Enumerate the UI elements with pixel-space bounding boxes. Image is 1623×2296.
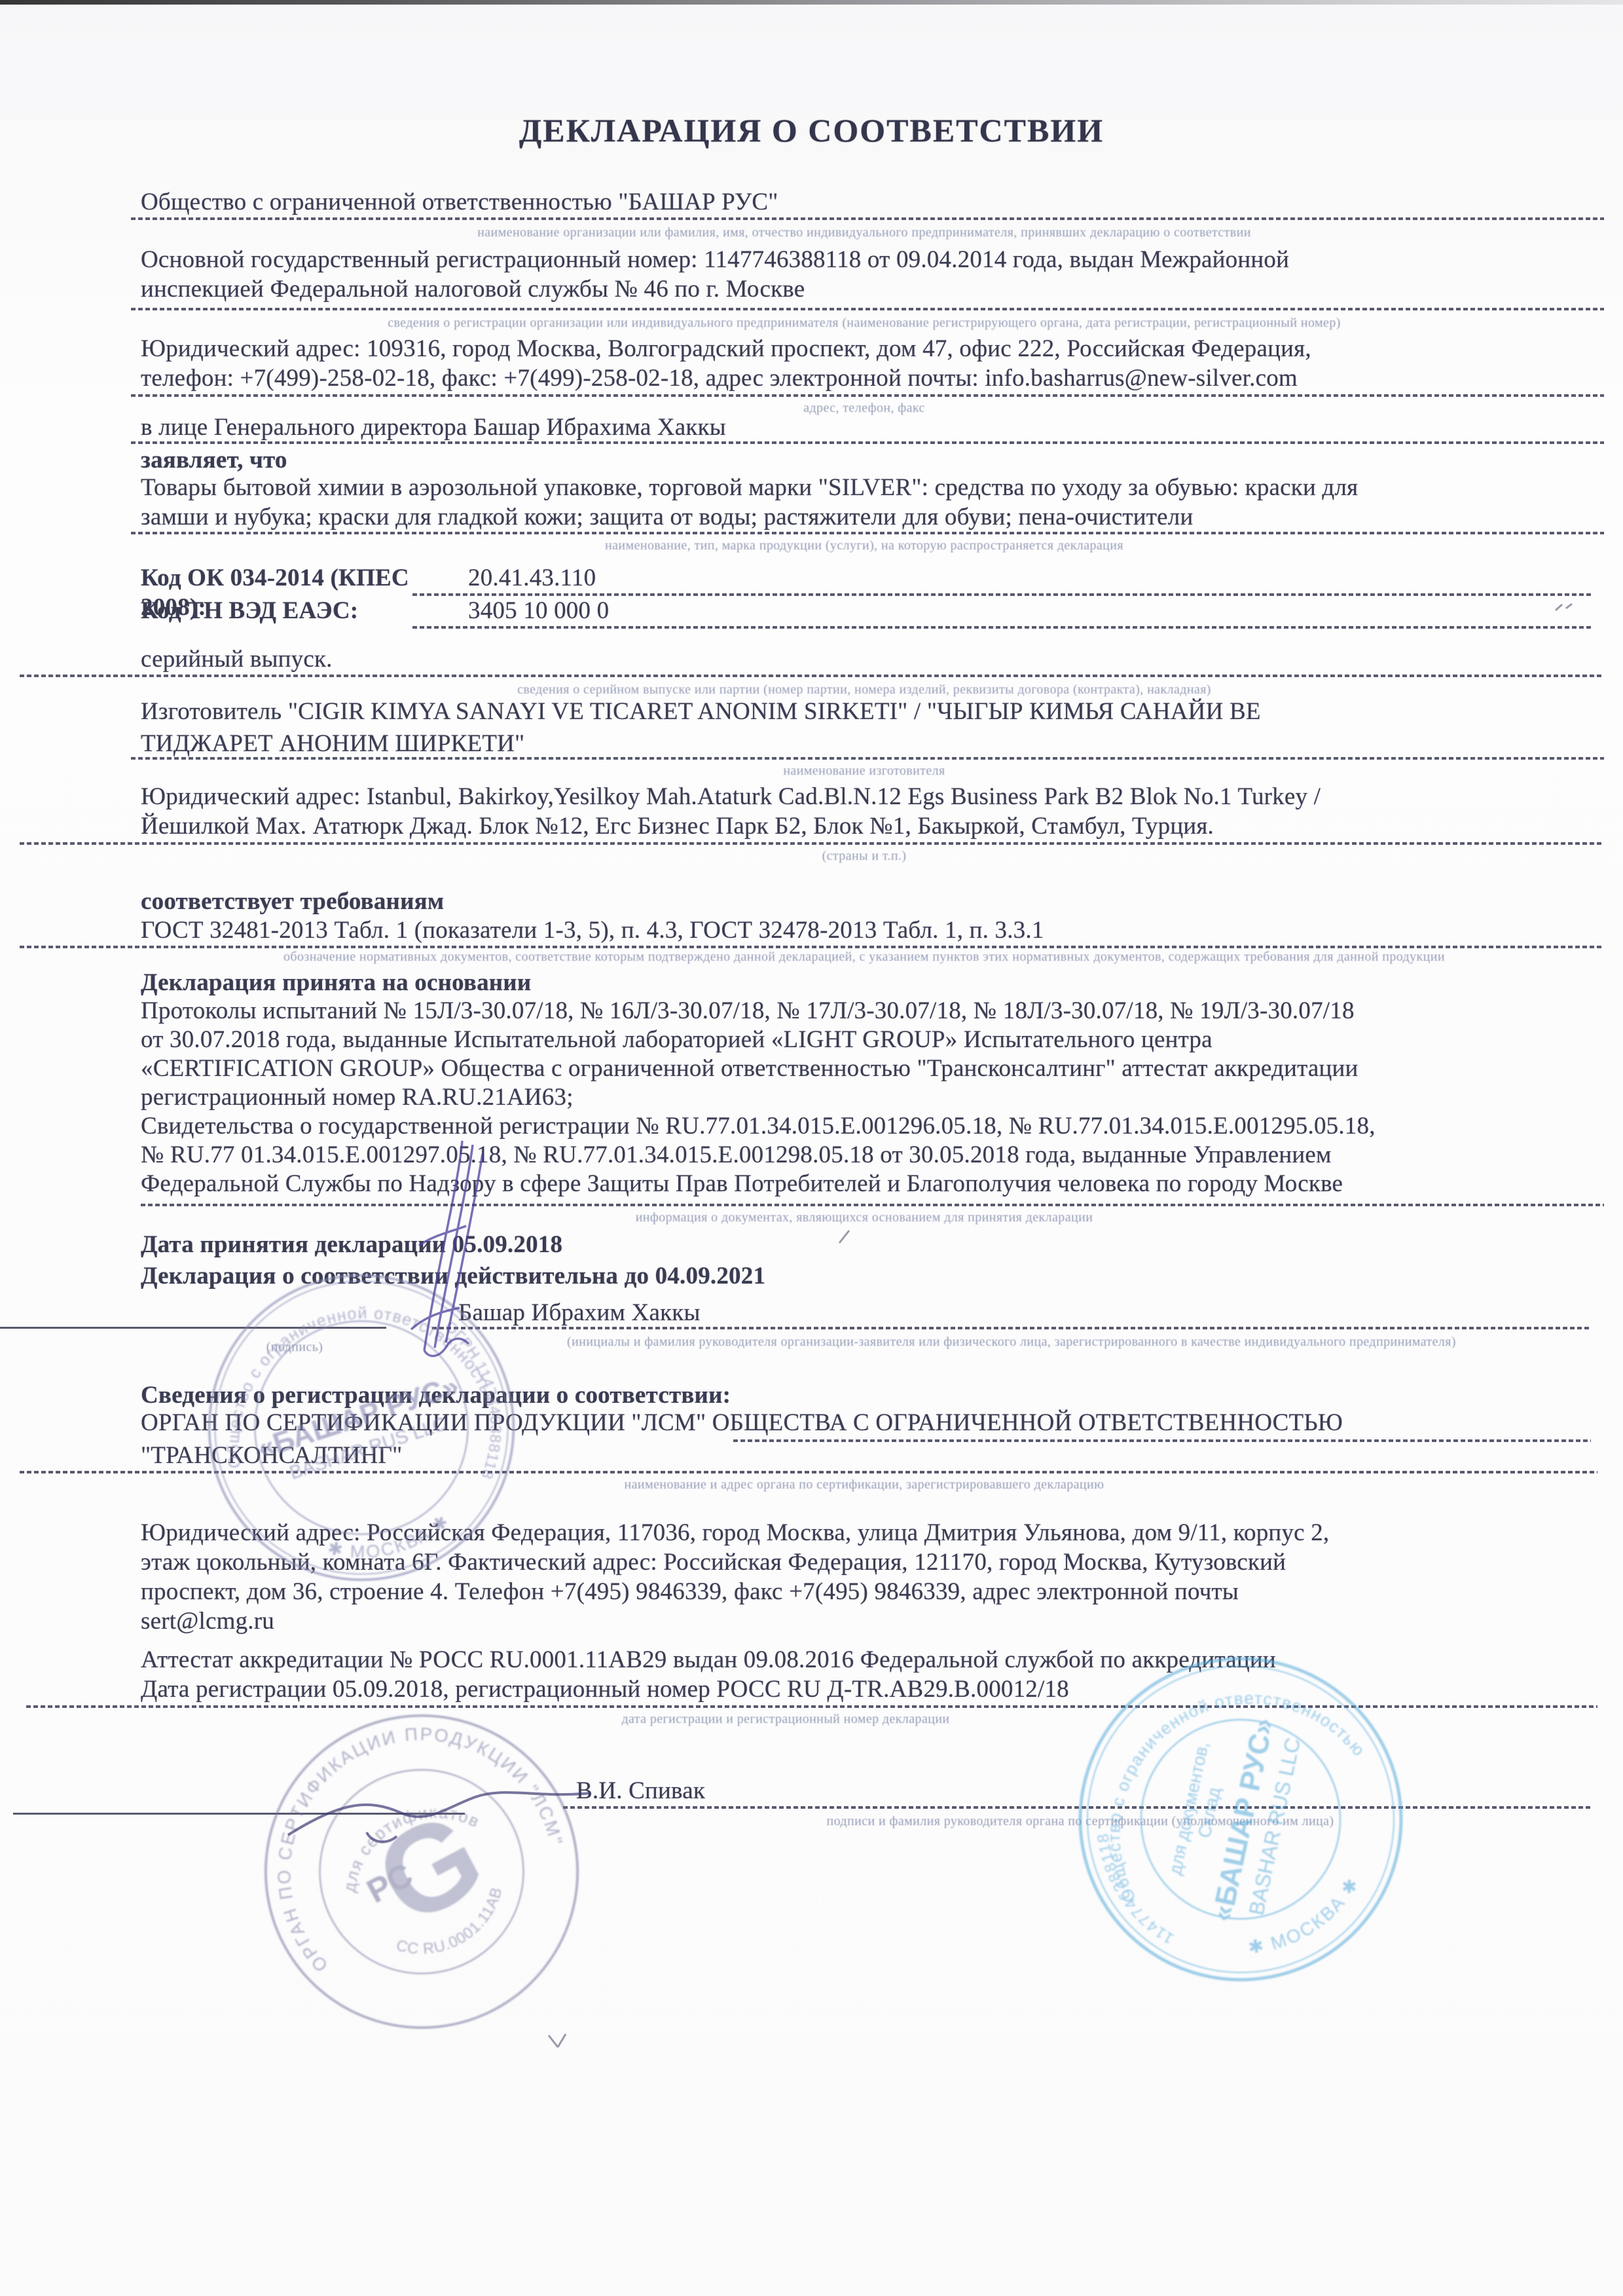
- basis-documents: Протоколы испытаний № 15Л/3-30.07/18, № …: [141, 997, 1588, 1198]
- basis-line1: Протоколы испытаний № 15Л/3-30.07/18, № …: [141, 997, 1588, 1026]
- product-description: Товары бытовой химии в аэрозольной упако…: [141, 473, 1588, 532]
- divider: [131, 532, 1604, 534]
- manufacturer-address-caption: (страны и т.п.): [141, 849, 1588, 863]
- divider: [20, 946, 1604, 948]
- manufacturer-address-line2: Йешилкой Мах. Ататюрк Джад. Блок №12, Ег…: [141, 811, 1588, 841]
- basis-line3: «CERTIFICATION GROUP» Общества с огранич…: [141, 1054, 1588, 1083]
- serial-caption: сведения о серийном выпуске или партии (…: [141, 682, 1588, 697]
- acceptance-date-line: Дата принятия декларации 05.09.2018: [141, 1230, 1588, 1259]
- product-line2: замши и нубука; краски для гладкой кожи;…: [141, 502, 1588, 532]
- stamp-ring-text: Общество с ограниченной ответственностью: [194, 1274, 501, 1473]
- manufacturer-caption: наименование изготовителя: [141, 764, 1588, 778]
- declarant-name: Общество с ограниченной ответственностью…: [141, 187, 1588, 217]
- basis-heading: Декларация принята на основании: [141, 968, 1588, 997]
- in-person-line: в лице Генерального директора Башар Ибра…: [141, 413, 1588, 442]
- divider: [432, 1327, 1591, 1329]
- accreditation-line1: Аттестат аккредитации № РОСС RU.0001.11А…: [141, 1645, 1588, 1675]
- manufacturer-address: Юридический адрес: Istanbul, Bakirkoy,Ye…: [141, 782, 1588, 841]
- applicant-signatory-caption: (инициалы и фамилия руководителя организ…: [432, 1335, 1591, 1349]
- manufacturer-address-line1: Юридический адрес: Istanbul, Bakirkoy,Ye…: [141, 782, 1588, 811]
- state-registration-line1: Основной государственный регистрационный…: [141, 245, 1588, 274]
- document-title: ДЕКЛАРАЦИЯ О СООТВЕТСТВИИ: [0, 111, 1623, 149]
- declaration-document: ДЕКЛАРАЦИЯ О СООТВЕТСТВИИ Общество с огр…: [0, 0, 1623, 2296]
- basis-line6: № RU.77 01.34.015.Е.001297.05.18, № RU.7…: [141, 1141, 1588, 1170]
- legal-address-line2: телефон: +7(499)-258-02-18, факс: +7(499…: [141, 363, 1588, 393]
- svg-text:Общество с ограниченной ответс: Общество с ограниченной ответственностью: [194, 1274, 501, 1473]
- scan-artifact-top-edge: [0, 0, 1623, 5]
- declares-line: заявляет, что: [141, 445, 1588, 475]
- divider: [131, 394, 1604, 397]
- legal-address-line1: Юридический адрес: 109316, город Москва,…: [141, 334, 1588, 363]
- manufacturer-line2: ТИДЖАРЕТ АНОНИМ ШИРКЕТИ": [141, 728, 1588, 760]
- divider: [131, 441, 1604, 444]
- basis-caption: информация о документах, являющихся осно…: [141, 1210, 1588, 1225]
- state-registration: Основной государственный регистрационный…: [141, 245, 1588, 304]
- stamp-ring-city: ✱ МОСКВА ✱: [321, 1508, 458, 1574]
- basis-line5: Свидетельства о государственной регистра…: [141, 1112, 1588, 1141]
- basis-line7: Федеральной Службы по Надзору в сфере За…: [141, 1170, 1588, 1198]
- certifier-signatory-name: В.И. Спивак: [576, 1776, 705, 1805]
- tnved-code-row: Код ТН ВЭД ЕАЭС: 3405 10 000 0: [141, 596, 1588, 625]
- accreditation: Аттестат аккредитации № РОСС RU.0001.11А…: [141, 1645, 1588, 1704]
- tnved-code-value: 3405 10 000 0: [468, 596, 609, 625]
- basis-line4: регистрационный номер RA.RU.21АИ63;: [141, 1083, 1588, 1112]
- state-registration-line2: инспекцией Федеральной налоговой службы …: [141, 274, 1588, 304]
- divider: [131, 217, 1604, 220]
- certification-body-address-line4: sert@lcmg.ru: [141, 1606, 1588, 1636]
- tnved-code-label: Код ТН ВЭД ЕАЭС:: [141, 596, 468, 625]
- divider: [20, 675, 1604, 677]
- product-line1: Товары бытовой химии в аэрозольной упако…: [141, 473, 1588, 502]
- manufacturer: Изготовитель "CIGIR KIMYA SANAYI VE TICA…: [141, 695, 1588, 760]
- accreditation-line2: Дата регистрации 05.09.2018, регистрацио…: [141, 1675, 1588, 1704]
- divider: [412, 626, 1591, 629]
- divider: [20, 842, 1604, 845]
- compliance-standards: ГОСТ 32481-2013 Табл. 1 (показатели 1-3,…: [141, 916, 1588, 945]
- divider: [131, 308, 1604, 310]
- compliance-caption: обозначение нормативных документов, соот…: [141, 950, 1588, 964]
- state-registration-caption: сведения о регистрации организации или и…: [141, 316, 1588, 330]
- product-caption: наименование, тип, марка продукции (услу…: [141, 538, 1588, 553]
- compliance-heading: соответствует требованиям: [141, 887, 1588, 916]
- declarant-caption: наименование организации или фамилия, им…: [141, 225, 1588, 240]
- svg-text:✱ МОСКВА ✱: ✱ МОСКВА ✱: [321, 1508, 458, 1574]
- divider: [141, 1204, 1604, 1206]
- legal-address: Юридический адрес: 109316, город Москва,…: [141, 334, 1588, 393]
- basis-line2: от 30.07.2018 года, выданные Испытательн…: [141, 1026, 1588, 1054]
- divider: [131, 757, 1604, 760]
- serial-release: серийный выпуск.: [141, 644, 1588, 674]
- manufacturer-line1: Изготовитель "CIGIR KIMYA SANAYI VE TICA…: [141, 695, 1588, 728]
